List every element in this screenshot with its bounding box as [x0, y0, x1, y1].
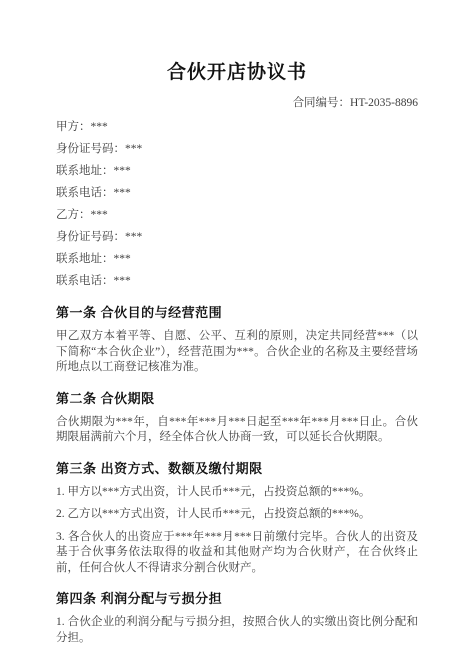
contract-number: 合同编号：HT-2035-8896	[56, 97, 418, 110]
party-info-block: 甲方：*** 身份证号码：*** 联系地址：*** 联系电话：*** 乙方：**…	[56, 121, 418, 287]
section-2: 第二条 合伙期限 合伙期限为***年，自***年***月***日起至***年**…	[56, 383, 418, 446]
document-page: 合伙开店协议书 合同编号：HT-2035-8896 甲方：*** 身份证号码：*…	[0, 0, 463, 655]
party-line-phone: 联系电话：***	[56, 187, 418, 199]
party-line-jiafang: 甲方：***	[56, 121, 418, 133]
party-line-id-number: 身份证号码：***	[56, 143, 418, 155]
party-line-yifang: 乙方：***	[56, 209, 418, 221]
party-line-address: 联系地址：***	[56, 165, 418, 177]
party-line-phone: 联系电话：***	[56, 275, 418, 287]
section-paragraph: 1. 甲方以***方式出资，计人民币***元，占投资总额的***%。	[56, 485, 418, 501]
section-3: 第三条 出资方式、数额及缴付期限 1. 甲方以***方式出资，计人民币***元，…	[56, 453, 418, 577]
party-line-id-number: 身份证号码：***	[56, 231, 418, 243]
section-paragraph: 合伙期限为***年，自***年***月***日起至***年***月***日止。合…	[56, 415, 418, 446]
section-heading: 第四条 利润分配与亏损分担	[56, 583, 418, 615]
party-line-address: 联系地址：***	[56, 253, 418, 265]
section-paragraph: 2. 乙方以***方式出资，计人民币***元，占投资总额的***%。	[56, 507, 418, 523]
document-title: 合伙开店协议书	[56, 62, 418, 84]
section-4: 第四条 利润分配与亏损分担 1. 合伙企业的利润分配与亏损分担，按照合伙人的实缴…	[56, 583, 418, 646]
section-heading: 第二条 合伙期限	[56, 383, 418, 415]
section-paragraph: 1. 合伙企业的利润分配与亏损分担，按照合伙人的实缴出资比例分配和分担。	[56, 615, 418, 646]
section-1: 第一条 合伙目的与经营范围 甲乙双方本着平等、自愿、公平、互利的原则，决定共同经…	[56, 297, 418, 376]
section-heading: 第一条 合伙目的与经营范围	[56, 297, 418, 329]
section-heading: 第三条 出资方式、数额及缴付期限	[56, 453, 418, 485]
section-paragraph: 3. 各合伙人的出资应于***年***月***日前缴付完毕。合伙人的出资及基于合…	[56, 530, 418, 577]
section-paragraph: 甲乙双方本着平等、自愿、公平、互利的原则，决定共同经营***（以下简称“本合伙企…	[56, 329, 418, 376]
